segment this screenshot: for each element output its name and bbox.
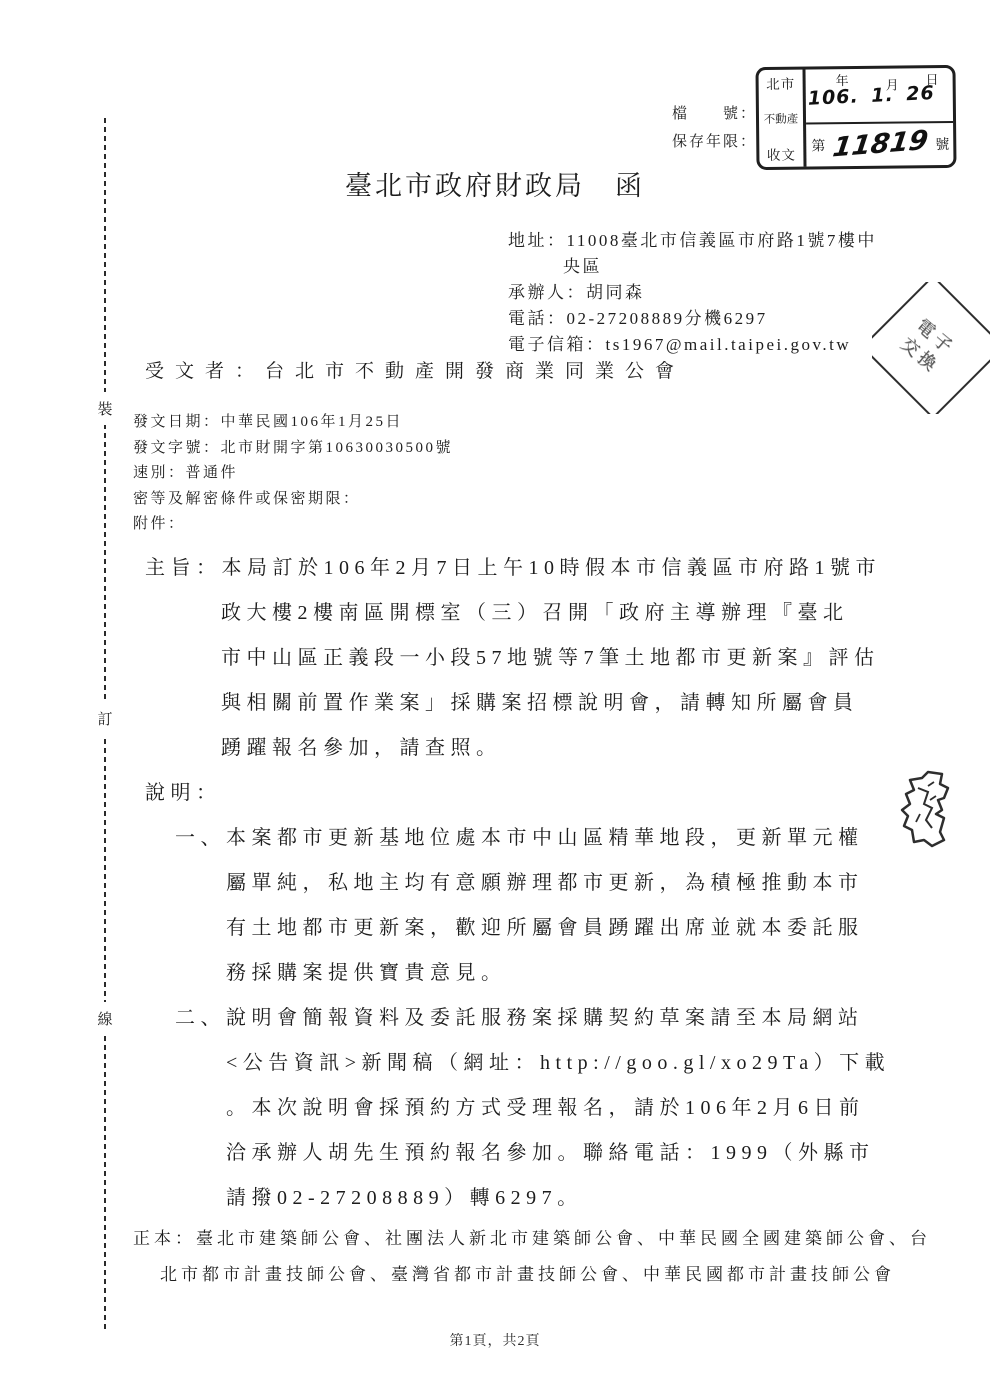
recipient-line: 受文者：台北市不動產開發商業同業公會 [145, 356, 685, 383]
sender-phone: 電話：02-27208889分機6297 [508, 306, 877, 332]
sender-address-line1: 地址：11008臺北市信義區市府路1號7樓中 [508, 228, 877, 254]
sender-contact-person: 承辦人：胡同森 [508, 280, 877, 306]
item-line: 有土地都市更新案，歡迎所屬會員踴躍出席並就本委託服 [226, 906, 905, 951]
binding-mark-zhuang: 裝 [94, 392, 116, 425]
subject-first-line: 主旨：本局訂於106年2月7日上午10時假本市信義區市府路1號市 [145, 546, 905, 591]
receipt-stamp: 北市 不動產 收文 年 月 日 106. 1. 26 第 11819 號 [755, 65, 956, 170]
receipt-stamp-org: 北市 不動產 收文 [758, 70, 806, 167]
explanation-label: 說明： [145, 771, 905, 816]
item-line: 本案都市更新基地位處本市中山區精華地段，更新單元權 [226, 827, 864, 849]
partial-seal-stamp [898, 770, 954, 848]
archive-labels: 檔 號： 保存年限： [672, 100, 757, 156]
item-line: 洽承辦人胡先生預約報名參加。聯絡電話：1999（外縣市 [226, 1131, 905, 1176]
number-suffix-label: 號 [935, 134, 949, 154]
document-title: 臺北市政府財政局 函 [0, 164, 990, 203]
original-copy-recipients: 正本：臺北市建築師公會、社團法人新北市建築師公會、中華民國全國建築師公會、台 北… [133, 1221, 931, 1293]
subject-line: 踴躍報名參加，請查照。 [221, 726, 905, 771]
subject-line: 市中山區正義段一小段57地號等7筆土地都市更新案』評估 [221, 636, 905, 681]
item-line: 。本次說明會採預約方式受理報名，請於106年2月6日前 [226, 1086, 905, 1131]
receipt-org-line1: 北市 [766, 73, 795, 93]
item-line: 說明會簡報資料及委託服務案採購契約草案請至本局網站 [226, 1007, 864, 1029]
receipt-number-row: 第 11819 號 [806, 123, 953, 167]
item-marker: 一、 [175, 827, 226, 849]
binding-mark-xian: 線 [94, 1002, 116, 1035]
dispatch-speed: 速別：普通件 [133, 461, 453, 487]
item-line: <公告資訊>新聞稿（網址：http://goo.gl/xo29Ta）下載 [226, 1041, 905, 1086]
receipt-stamp-fields: 年 月 日 106. 1. 26 第 11819 號 [805, 68, 953, 167]
item-marker: 二、 [175, 1007, 226, 1029]
retention-years-label: 保存年限： [672, 128, 757, 156]
sender-info: 地址：11008臺北市信義區市府路1號7樓中 央區 承辦人：胡同森 電話：02-… [508, 228, 877, 358]
dispatch-security: 密等及解密條件或保密期限： [133, 487, 453, 513]
subject-line: 與相關前置作業案」採購案招標說明會，請轉知所屬會員 [221, 681, 905, 726]
explanation-item-1: 一、本案都市更新基地位處本市中山區精華地段，更新單元權 屬單純，私地主均有意願辦… [175, 816, 905, 996]
subject-label: 主旨： [145, 557, 222, 579]
item-line: 務採購案提供寶貴意見。 [226, 951, 905, 996]
handwritten-receipt-number: 11819 [823, 125, 938, 164]
explanation-item-2: 二、說明會簡報資料及委託服務案採購契約草案請至本局網站 <公告資訊>新聞稿（網址… [175, 996, 905, 1221]
receipt-date-row: 年 月 日 106. 1. 26 [805, 68, 953, 125]
page-number: 第1頁，共2頁 [0, 1330, 990, 1350]
document-page: 裝 訂 線 檔 號： 保存年限： 北市 不動產 收文 年 月 日 106. 1.… [0, 0, 990, 1400]
cc-line: 臺北市建築師公會、社團法人新北市建築師公會、中華民國全國建築師公會、台 [196, 1229, 931, 1248]
file-number-label: 檔 號： [672, 100, 757, 128]
dispatch-date: 發文日期：中華民國106年1月25日 [133, 410, 453, 436]
dispatch-doc-number: 發文字號：北市財開字第10630030500號 [133, 436, 453, 462]
sender-address-line2: 央區 [563, 254, 877, 280]
electronic-exchange-stamp: 電子交換 [872, 282, 990, 414]
binding-mark-ding: 訂 [94, 702, 116, 735]
item-line: 請撥02-27208889）轉6297。 [226, 1176, 905, 1221]
letter-body: 主旨：本局訂於106年2月7日上午10時假本市信義區市府路1號市 政大樓2樓南區… [145, 546, 905, 1221]
handwritten-date: 106. 1. 26 [807, 82, 935, 110]
receipt-org-line2: 不動產 [764, 110, 799, 126]
cc-first-line: 正本：臺北市建築師公會、社團法人新北市建築師公會、中華民國全國建築師公會、台 [133, 1221, 931, 1257]
sender-email: 電子信箱：ts1967@mail.taipei.gov.tw [508, 332, 877, 358]
cc-label: 正本： [133, 1229, 196, 1248]
item-first-line: 二、說明會簡報資料及委託服務案採購契約草案請至本局網站 [175, 996, 905, 1041]
item-line: 屬單純，私地主均有意願辦理都市更新，為積極推動本市 [226, 861, 905, 906]
subject-line: 政大樓2樓南區開標室（三）召開「政府主導辦理『臺北 [221, 591, 905, 636]
receipt-org-line3: 收文 [767, 144, 796, 164]
dispatch-meta: 發文日期：中華民國106年1月25日 發文字號：北市財開字第1063003050… [133, 410, 453, 538]
cc-line: 北市都市計畫技師公會、臺灣省都市計畫技師公會、中華民國都市計畫技師公會 [160, 1257, 931, 1293]
item-first-line: 一、本案都市更新基地位處本市中山區精華地段，更新單元權 [175, 816, 905, 861]
dispatch-attachment: 附件： [133, 512, 453, 538]
subject-line: 本局訂於106年2月7日上午10時假本市信義區市府路1號市 [222, 557, 882, 579]
